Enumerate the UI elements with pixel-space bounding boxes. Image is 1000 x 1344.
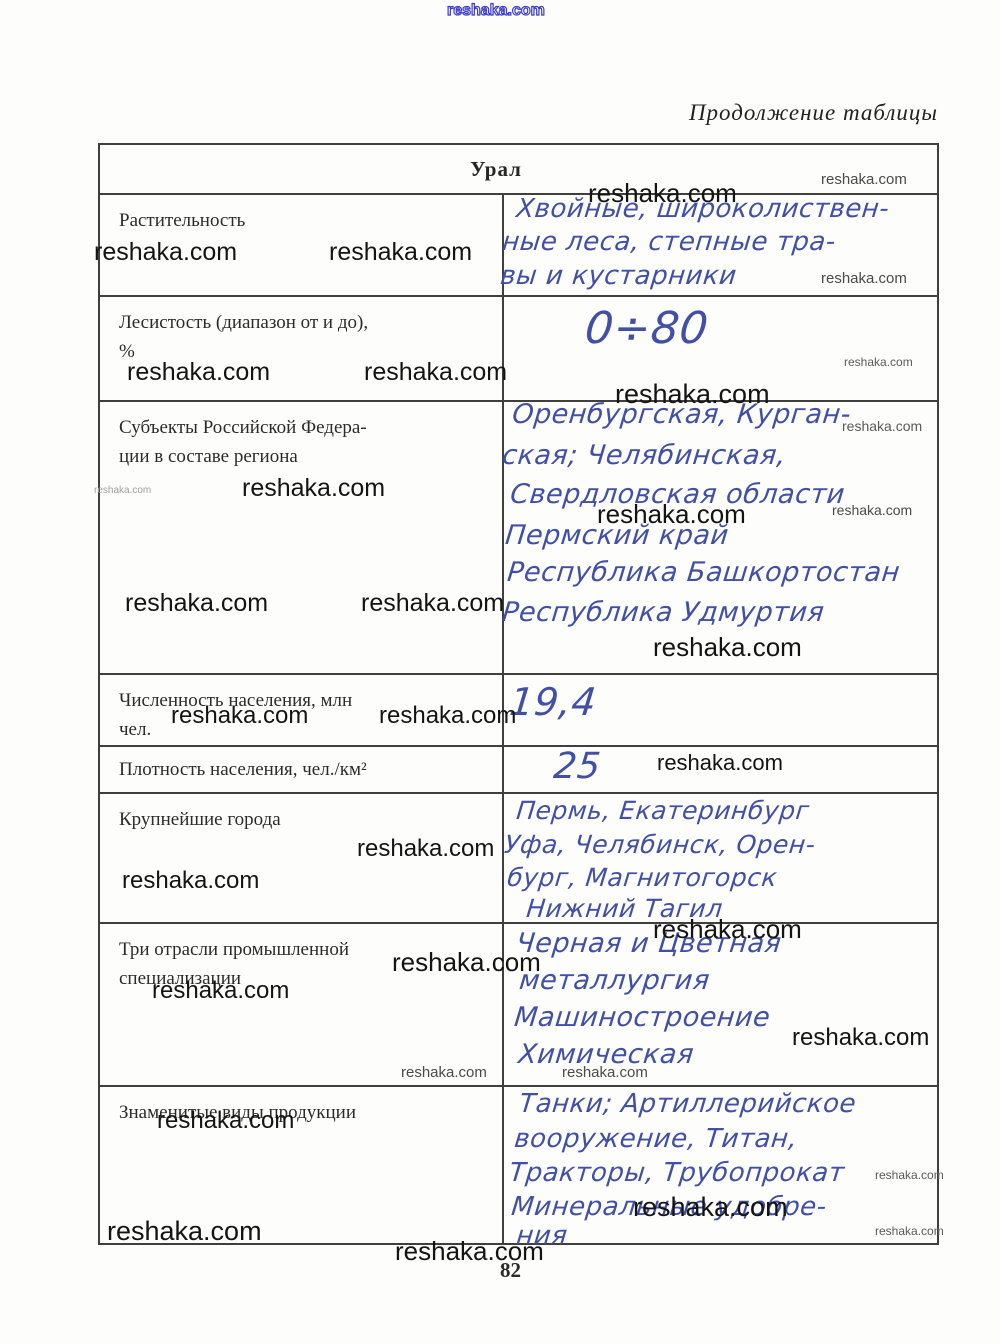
label-line: Крупнейшие города <box>119 806 488 835</box>
page-number: 82 <box>500 1258 521 1283</box>
watermark: reshaka.com <box>107 1218 262 1245</box>
watermark: reshaka.com <box>447 3 545 19</box>
watermark: reshaka.com <box>125 591 268 616</box>
watermark: reshaka.com <box>392 949 541 975</box>
watermark: reshaka.com <box>615 381 770 408</box>
watermark: reshaka.com <box>597 501 746 527</box>
handwritten-answer-line: металлургия <box>518 965 712 996</box>
watermark: reshaka.com <box>242 476 385 501</box>
watermark: reshaka.com <box>821 172 907 187</box>
watermark: reshaka.com <box>122 869 259 893</box>
watermark: reshaka.com <box>844 356 913 368</box>
label-line: Лесистость (диапазон от и до), <box>119 309 488 338</box>
label-line: Растительность <box>119 207 488 236</box>
table-row: Плотность населения, чел./км² <box>100 747 937 794</box>
label-line: ции в составе региона <box>119 443 488 472</box>
watermark: reshaka.com <box>653 634 802 660</box>
table-row: Лесистость (диапазон от и до), % <box>100 297 937 402</box>
watermark: reshaka.com <box>875 1169 944 1181</box>
watermark: reshaka.com <box>633 1194 788 1221</box>
row-label: Субъекты Российской Федера- ции в состав… <box>100 402 504 673</box>
watermark: reshaka.com <box>94 486 151 496</box>
watermark: reshaka.com <box>395 1238 544 1264</box>
handwritten-answer-line: 0÷80 <box>583 303 711 354</box>
watermark: reshaka.com <box>364 360 507 385</box>
watermark: reshaka.com <box>657 752 783 774</box>
handwritten-answer-line: вы и кустарники <box>499 261 738 291</box>
handwritten-answer-line: Пермь, Екатеринбург <box>515 796 811 825</box>
watermark: reshaka.com <box>157 1109 294 1133</box>
table-title: Урал <box>470 157 522 182</box>
handwritten-answer-line: Тракторы, Трубопрокат <box>508 1158 846 1188</box>
handwritten-answer-line: 19,4 <box>507 680 598 724</box>
watermark: reshaka.com <box>653 916 802 942</box>
watermark: reshaka.com <box>379 704 516 728</box>
watermark: reshaka.com <box>588 180 737 206</box>
scanned-page: Продолжение таблицы Урал Растительность … <box>0 0 1000 1344</box>
handwritten-answer-line: Республика Башкортостан <box>506 557 902 588</box>
table-header: Урал <box>100 145 937 195</box>
watermark: reshaka.com <box>821 271 907 286</box>
watermark: reshaka.com <box>171 704 308 728</box>
row-label: Плотность населения, чел./км² <box>100 747 504 792</box>
handwritten-answer-line: бург, Магнитогорск <box>506 863 779 892</box>
label-line: Плотность населения, чел./км² <box>119 756 488 785</box>
continuation-caption: Продолжение таблицы <box>689 100 938 126</box>
watermark: reshaka.com <box>127 360 270 385</box>
handwritten-answer-line: 25 <box>552 746 603 787</box>
watermark: reshaka.com <box>94 240 237 265</box>
watermark: reshaka.com <box>562 1065 648 1080</box>
handwritten-answer-line: Машиностроение <box>513 1002 772 1033</box>
handwritten-answer-line: Танки; Артиллерийское <box>518 1089 858 1119</box>
handwritten-answer-line: вооружение, Титан, <box>513 1124 799 1154</box>
handwritten-answer-line: ные леса, степные тра- <box>501 227 838 257</box>
watermark: reshaka.com <box>329 240 472 265</box>
handwritten-answer-line: Уфа, Челябинск, Орен- <box>503 830 817 859</box>
watermark: reshaka.com <box>401 1065 487 1080</box>
handwritten-answer-line: ская; Челябинская, <box>501 440 788 471</box>
label-line: Субъекты Российской Федера- <box>119 414 488 443</box>
watermark: reshaka.com <box>361 591 504 616</box>
watermark: reshaka.com <box>875 1225 944 1237</box>
watermark: reshaka.com <box>357 837 494 861</box>
watermark: reshaka.com <box>842 419 922 433</box>
watermark: reshaka.com <box>152 979 289 1003</box>
handwritten-answer-line: Республика Удмуртия <box>501 597 826 628</box>
watermark: reshaka.com <box>792 1026 929 1050</box>
watermark: reshaka.com <box>832 503 912 517</box>
